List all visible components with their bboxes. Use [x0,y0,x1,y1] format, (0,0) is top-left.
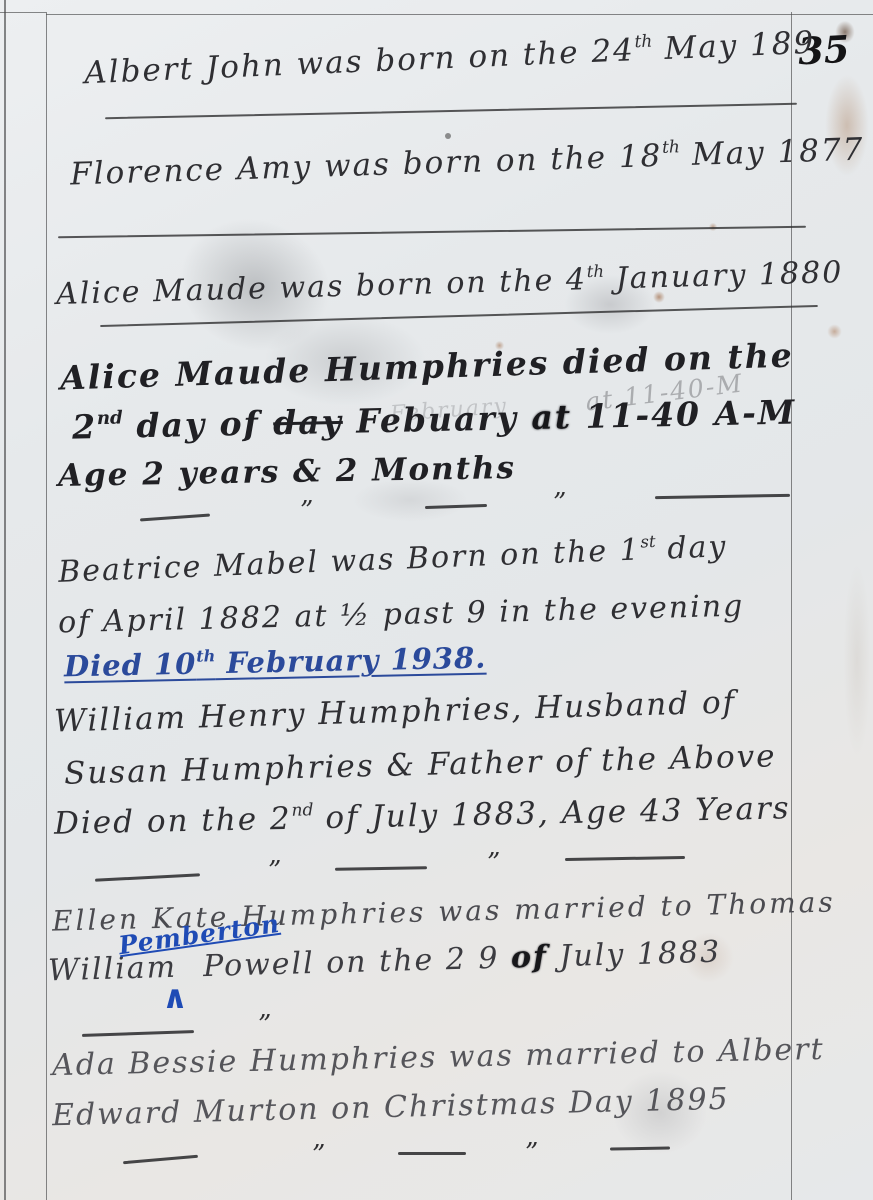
entry-alice-birth: Alice Maude was born on the 4th January … [56,255,844,312]
ditto-dash [655,494,790,499]
entry-text: 11-40 A-M [572,392,797,436]
entry-text: July 1883 [547,935,721,975]
entry-text: day [655,529,728,567]
ordinal-suffix: th [634,32,653,53]
entry-text: Died on the 2 [54,801,292,842]
entry-text: day of [123,403,274,445]
speck-dark [445,133,451,139]
entry-william-death-line1: William Henry Humphries, Husband of [54,684,737,739]
ditto-dash [398,1152,466,1155]
ordinal-suffix: nd [291,801,313,821]
entry-text: Beatrice Mabel was Born on the 1 [58,532,642,589]
ditto-dash [565,856,685,861]
frame-left-inner [46,12,47,1200]
entry-text: William [48,950,178,989]
ditto-mark: ” [268,856,281,886]
blue-caret: ∧ [162,978,188,1016]
ditto-mark: ” [487,848,500,878]
entry-text: May 1877 [680,132,865,174]
entry-text: January 1880 [604,255,844,297]
ordinal-suffix: th [196,646,215,665]
entry-florence-birth: Florence Amy was born on the 18th May 18… [70,132,865,193]
entry-text: Florence Amy was born on the 18 [70,138,663,193]
ordinal-suffix: th [586,261,604,280]
entry-text: February 1938. [215,641,487,681]
ditto-mark: ” [553,488,566,518]
frame-left-outer [4,0,6,1200]
ditto-dash [425,504,487,509]
entry-albert-birth: Albert John was born on the 24th May 189 [84,25,816,92]
edge-tint-right [840,540,873,780]
entry-alice-death-line2: 2nd day of day Febuary at 11-40 A-M [72,392,797,446]
separator-line-1 [105,103,797,119]
entry-text: 2 [72,407,98,447]
ditto-dash [140,514,210,522]
stain-brown-topright [818,58,873,193]
register-page: 35 Albert John was born on the 24th May … [0,0,873,1200]
ditto-mark: ” [300,496,313,526]
entry-text: Albert John was born on the 24 [84,32,636,91]
ditto-mark: ” [258,1010,271,1040]
ditto-dash [95,873,200,881]
ordinal-suffix: nd [97,408,123,430]
entry-william-death-line2: Susan Humphries & Father of the Above [64,738,777,791]
entry-ada-marriage-line1: Ada Bessie Humphries was married to Albe… [52,1032,825,1083]
ditto-mark: ” [525,1138,538,1168]
ditto-mark: ” [312,1140,325,1170]
entry-ada-marriage-line2: Edward Murton on Christmas Day 1895 [52,1082,730,1134]
separator-line-3 [100,305,818,327]
blotted-word: of [511,939,549,975]
blotted-word: at [531,397,572,437]
frame-right [791,12,792,1200]
ditto-dash [610,1146,670,1150]
entry-text: Powell on the 2 9 [203,940,512,984]
frame-top [46,14,873,15]
entry-alice-death-line3: Age 2 years & 2 Months [58,450,517,494]
entry-beatrice-birth-line2: of April 1882 at ½ past 9 in the evening [58,589,745,641]
ordinal-suffix: th [662,138,680,159]
entry-text: Died 10 [64,647,197,684]
frame-top-left-segment [0,12,46,13]
ordinal-suffix: st [640,532,656,552]
ditto-dash [82,1030,194,1037]
entry-text: Alice Maude was born on the 4 [56,262,588,312]
entry-william-death-line3: Died on the 2nd of July 1883, Age 43 Yea… [54,790,791,841]
rust-spot-3 [826,323,843,340]
entry-beatrice-birth-line1: Beatrice Mabel was Born on the 1st day [58,529,728,590]
separator-line-2 [58,226,806,238]
entry-beatrice-death-blue: Died 10th February 1938. [64,641,487,684]
entry-text: Febuary [342,398,531,441]
ditto-dash [335,866,427,871]
entry-text: of July 1883, Age 43 Years [313,790,791,836]
entry-text: May 189 [652,25,816,68]
struck-word: day [273,402,343,442]
ditto-dash [123,1155,198,1165]
